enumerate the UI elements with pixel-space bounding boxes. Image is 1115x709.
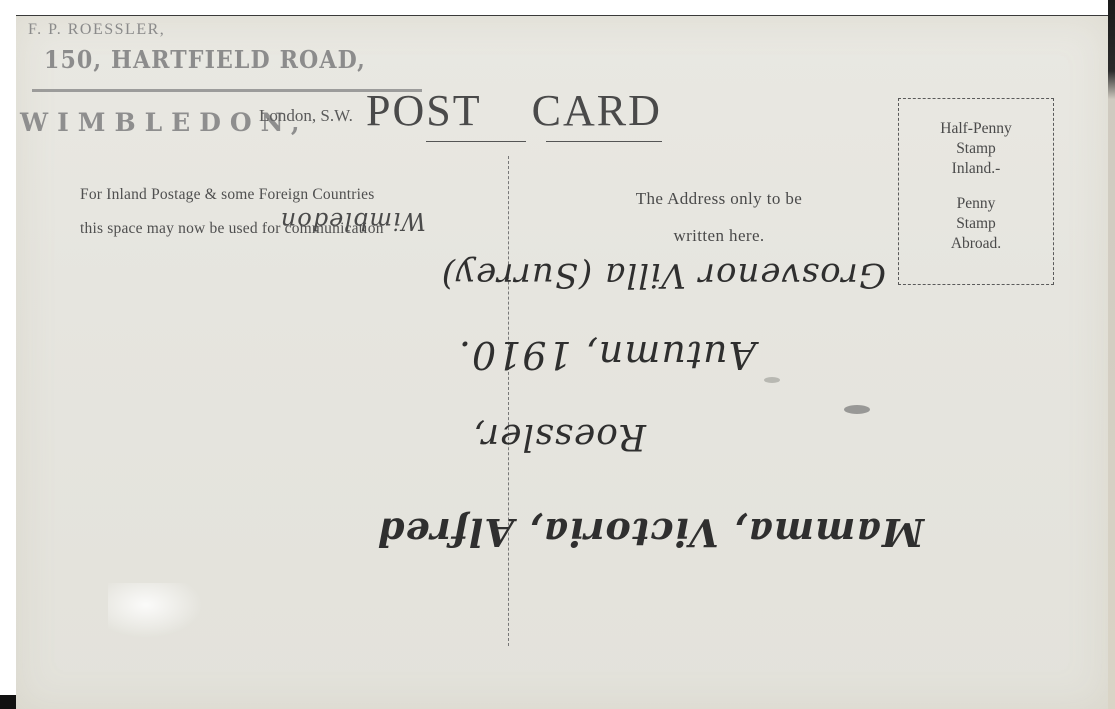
paper-blemish <box>764 377 780 383</box>
title-underline-right <box>546 141 662 142</box>
paper-scuff <box>108 583 203 638</box>
stamp-inland-line3: Inland.- <box>899 159 1053 179</box>
handwriting-line-names: Mamma, Victoria, Alfred <box>377 510 924 555</box>
handwriting-line-date: Autumn, 1910. <box>458 333 756 377</box>
publisher-city: London, S.W. <box>259 106 353 126</box>
stamp-inland-line2: Stamp <box>899 139 1053 159</box>
handwriting-line-town: Wimbledon <box>280 207 426 235</box>
scan-border <box>0 695 16 709</box>
publisher-name: F. P. ROESSLER, <box>28 21 165 39</box>
handwritten-message: Mamma, Victoria, Alfred Roessler, Autumn… <box>186 195 946 575</box>
title-underline-left <box>426 141 526 142</box>
paper-blemish <box>844 405 870 414</box>
title-word-card: CARD <box>532 85 662 136</box>
publisher-street: 150, HARTFIELD ROAD, <box>44 45 366 74</box>
card-edge-shadow <box>1108 0 1115 709</box>
post-card-title: POSTCARD <box>366 85 662 136</box>
publisher-stamp-rule <box>32 89 422 92</box>
handwriting-line-place: Grosvenor Villa (Surrey) <box>441 255 886 295</box>
stamp-inland-line1: Half-Penny <box>899 119 1053 139</box>
handwriting-line-surname: Roessler, <box>472 416 646 457</box>
title-word-post: POST <box>366 85 482 136</box>
